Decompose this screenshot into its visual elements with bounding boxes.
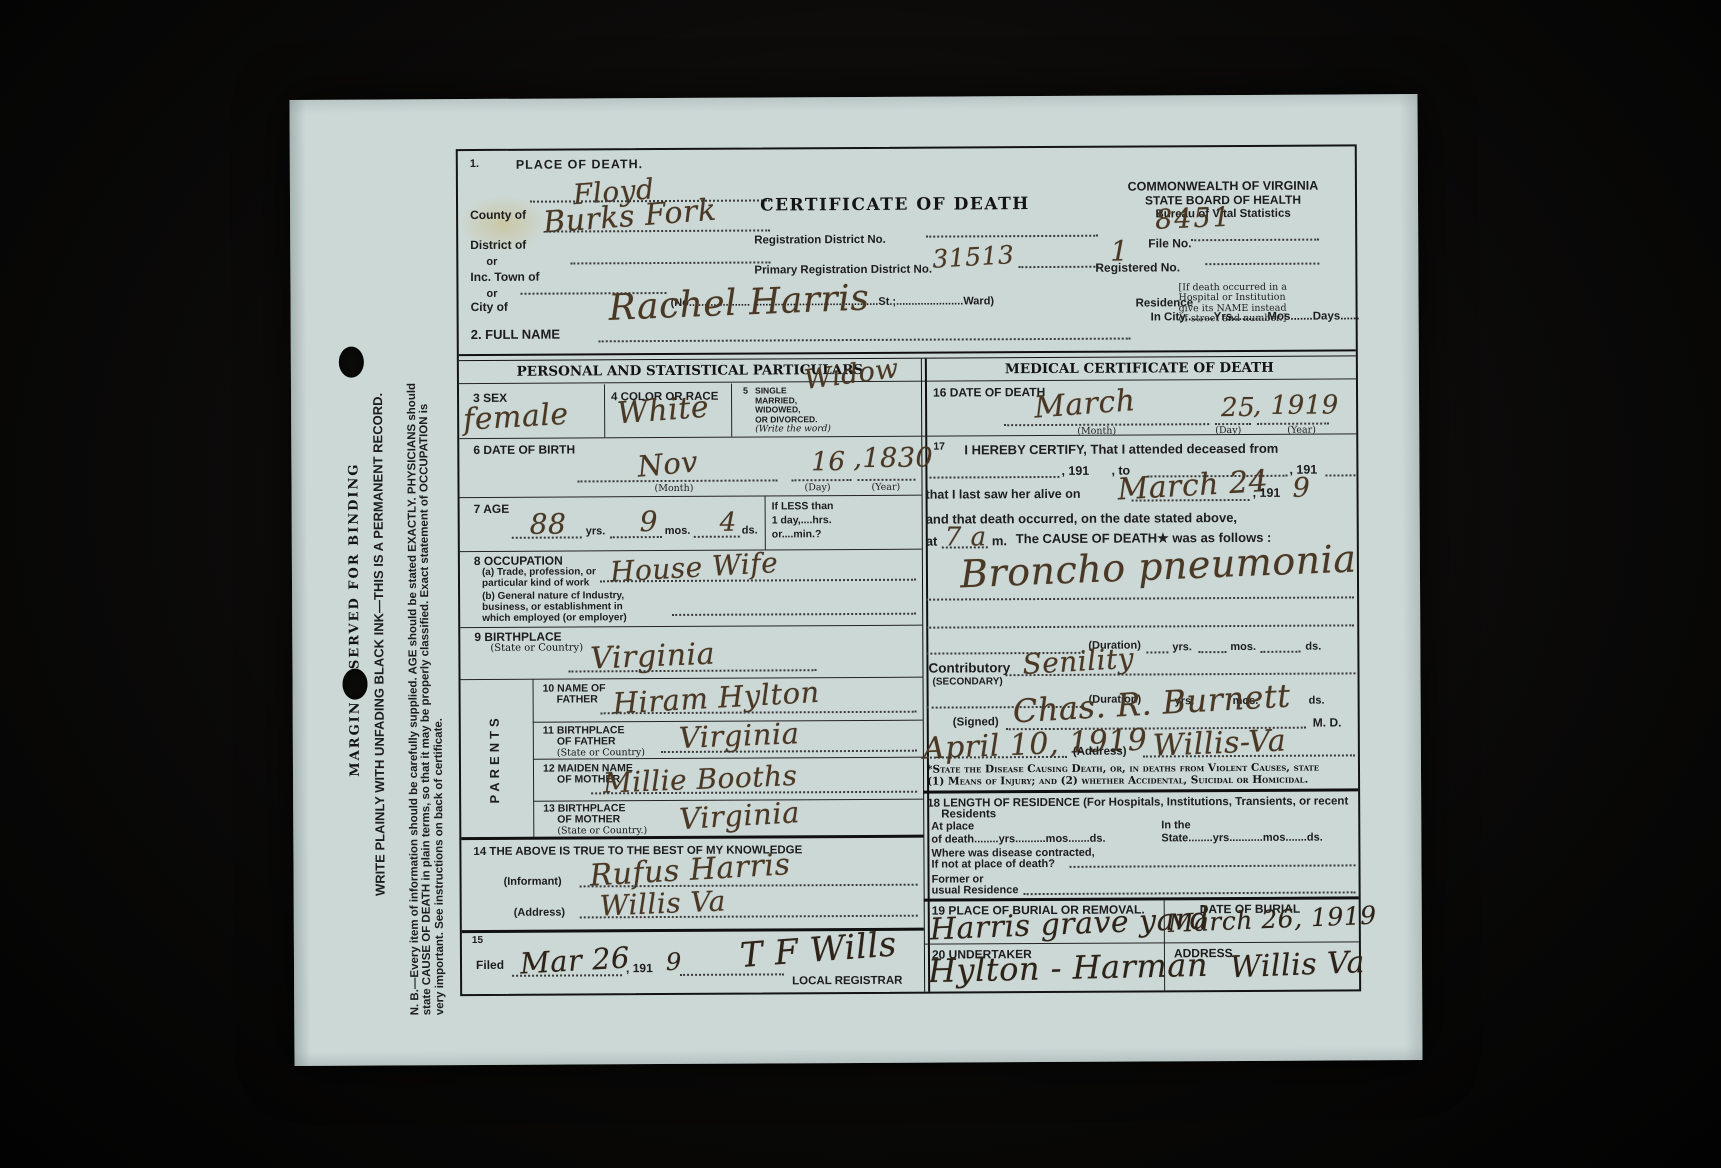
age-label: 7 AGE [474,503,510,516]
dotted-line [694,536,740,538]
dob-year-caption: (Year) [871,483,900,493]
rule-line-heavy [923,788,1358,793]
dotted-line [791,479,851,481]
signed-address-label: (Address) [1073,746,1127,759]
certify-year-1: , 191 [1061,465,1089,479]
occupation-b-line: which employed (or employer) [482,612,627,624]
cell-divider [604,384,605,437]
dotted-line [857,479,915,481]
dob-month-value: Nov [636,447,699,481]
dotted-line [570,261,770,264]
dotted-line [610,536,662,538]
dod-day-caption: (Day) [1215,426,1241,436]
place-of-death-label: PLACE OF DEATH. [516,158,643,172]
duration-1-mos: mos. [1230,642,1256,654]
age-days-caption: ds. [742,526,758,538]
district-label: District of [470,239,526,252]
duration-1-yrs: yrs. [1172,642,1192,654]
physician-signature: Chas. R. Burnett [1012,679,1291,727]
certify-line-1: I HEREBY CERTIFY, That I attended deceas… [964,442,1278,458]
dotted-line [672,613,916,616]
dotted-line [546,229,770,232]
registered-no-value: 1 [1110,238,1128,266]
dob-label: 6 DATE OF BIRTH [473,443,575,456]
certificate-box: 1. PLACE OF DEATH. County of Floyd Distr… [456,144,1361,996]
informant-address-label: (Address) [514,908,565,920]
occupation-b-line: (b) General nature cf Industry, [482,590,627,602]
registration-district-label: Registration District No. [754,234,886,247]
residence-18-label-2: Residents [941,808,996,821]
mother-birthplace-value: Virginia [679,798,801,834]
certify-number: 17 [933,442,945,453]
dod-month-caption: (Month) [1077,427,1116,437]
rule-line [460,495,922,498]
dotted-line [1146,651,1168,653]
if-less-line: or....min.? [772,527,834,541]
dotted-line [926,624,1354,628]
marital-value: Widow [803,355,901,394]
rule-line [461,677,923,680]
cause-of-death-value: Broncho pneumonia [959,539,1357,593]
parents-label: PARENTS [488,679,507,839]
dod-month-value: March [1033,386,1137,424]
informant-label: (Informant) [504,877,562,889]
if-less-line: If LESS than [772,499,834,513]
dotted-line [1205,263,1319,266]
filed-number: 15 [472,936,483,947]
margin-nb-note: N. B.—Every item of information should b… [405,155,454,1015]
where-contracted-line-2: If not at place of death? [931,859,1055,872]
cell-divider [765,495,766,549]
dob-month-caption: (Month) [654,484,693,494]
duration-1-ds: ds. [1305,642,1321,654]
last-saw-label: that I last saw her alive on [926,488,1081,502]
mother-birthplace-label-2: OF MOTHER [557,814,620,826]
mother-birthplace-label-3: (State or Country.) [557,825,647,836]
time-m-label: m. [992,534,1007,548]
occupation-b-label: (b) General nature cf Industry, business… [482,590,627,624]
dotted-line [1018,266,1098,268]
age-months-caption: mos. [665,526,691,538]
dotted-line [1260,651,1300,653]
certificate-title: CERTIFICATE OF DEATH [760,194,1030,215]
dotted-line [1132,499,1250,502]
signed-label: (Signed) [953,716,999,729]
punch-hole [342,669,367,700]
dod-day-value: 25 [1221,395,1255,421]
city-label: City of [471,301,508,314]
burial-date-value: March 26, 1919 [1167,903,1377,936]
age-months-value: 9 [640,508,658,536]
sex-value: female [462,400,569,436]
cause-footnote-line: (1) Means of Injury; and (2) whether Acc… [927,774,1319,788]
residence-in-city-line: In City.........Yrs...........Mos.......… [1151,310,1360,323]
age-years-value: 88 [530,511,567,539]
rule-line [460,625,922,628]
state-line: State........yrs...........mos.......ds. [1161,833,1322,846]
cause-footnote: *State the Disease Causing Death, or, in… [927,762,1319,788]
last-saw-year-printed: , 191 [1253,487,1281,501]
dotted-line [942,546,988,548]
cell-divider [731,384,732,437]
dotted-line [1198,651,1226,653]
in-the-label: In the [1161,820,1190,832]
filed-year-digit: 9 [666,950,682,974]
dotted-line [1005,672,1355,676]
punch-hole [339,347,364,378]
occupation-a-line: particular kind of work [482,577,596,589]
dod-label: 16 DATE OF DEATH [933,386,1045,400]
age-years-caption: yrs. [586,526,606,538]
dotted-line [601,711,917,715]
dotted-line [926,596,1354,600]
dotted-line [512,974,622,977]
father-birthplace-label-2: OF FATHER [557,736,616,748]
dob-day-value: 16 [811,449,845,475]
county-label: County of [470,209,526,222]
if-less-note: If LESS than 1 day,....hrs. or....min.? [772,499,834,541]
filed-year-printed: , 191 [626,962,653,975]
dotted-line [580,915,918,919]
father-birthplace-label-3: (State or Country) [557,747,645,758]
contributory-label: Contributory [928,661,1010,676]
dotted-line [600,579,916,583]
full-name-label: 2. FULL NAME [471,328,560,342]
dotted-line [926,235,1098,238]
marital-label-line: OR DIVORCED. [755,415,817,425]
primary-registration-value: 31513 [932,242,1015,272]
dob-day-caption: (Day) [804,483,830,493]
primary-registration-label: Primary Registration District No. [754,264,932,277]
undertaker-value: Hylton - Harman [928,949,1209,987]
secondary-label: (SECONDARY) [933,677,1003,688]
dotted-line [1191,239,1319,242]
dotted-line [599,338,1131,343]
dotted-line [580,884,918,888]
dotted-line [1325,474,1355,476]
commonwealth-line: COMMONWEALTH OF VIRGINIA [1098,179,1348,194]
birthplace-sub-label: (State or Country) [490,642,583,653]
undertaker-address-value: Willis Va [1229,948,1365,983]
at-label: at [926,535,938,549]
dod-year-value: , 1919 [1253,392,1339,418]
certificate-paper: N. B.—Every item of information should b… [289,94,1422,1066]
dotted-line [1069,864,1355,867]
medical-section-title: MEDICAL CERTIFICATE OF DEATH [923,359,1356,377]
of-death-line: of death........yrs..........mos.......d… [931,834,1105,847]
occupation-a-line: (a) Trade, profession, or [482,566,596,578]
dob-year-value: ,1830 [853,445,933,472]
dotted-line [1024,891,1356,895]
former-residence-line-2: usual Residence [932,885,1019,897]
occupation-b-line: business, or establishment in [482,601,627,613]
registered-no-label: Registered No. [1095,261,1180,274]
if-less-line: 1 day,....hrs. [772,513,834,527]
inc-town-label: Inc. Town of [470,271,539,284]
dotted-line [929,476,1059,479]
father-name-label-2: FATHER [557,694,598,706]
last-saw-year-digit: 9 [1292,475,1310,502]
margin-write-plainly: WRITE PLAINLY WITH UNFADING BLACK INK—TH… [370,274,390,1014]
file-no-value: 8451 [1155,204,1233,234]
item-1-number: 1. [470,159,479,171]
dotted-line [591,791,917,795]
dotted-line [680,973,784,976]
file-no-label: File No. [1148,237,1191,250]
filed-label: Filed [476,959,504,972]
margin-binding-label: MARGIN RESERVED FOR BINDING [346,455,364,785]
dotted-line [661,750,917,753]
rule-line-heavy [461,835,923,840]
color-race-value: White [616,393,710,430]
marital-write-word: (Write the word) [755,424,831,434]
residence-label: Residence [1136,297,1194,310]
registrar-signature: T F Wills [739,927,898,973]
md-label: M. D. [1313,716,1342,729]
duration-2-ds: ds. [1309,696,1325,708]
or-label: or [486,257,497,269]
local-registrar-label: LOCAL REGISTRAR [792,975,902,988]
photo-background: N. B.—Every item of information should b… [0,0,1721,1168]
dotted-line [512,536,582,538]
dod-year-caption: (Year) [1287,426,1316,436]
age-days-value: 4 [720,510,737,536]
father-birthplace-value: Virginia [678,719,800,753]
at-place-label: At place [931,821,974,833]
full-name-value: Rachel Harris [608,280,870,326]
occupation-a-label: (a) Trade, profession, or particular kin… [482,566,596,589]
marital-number: 5 [743,387,748,397]
